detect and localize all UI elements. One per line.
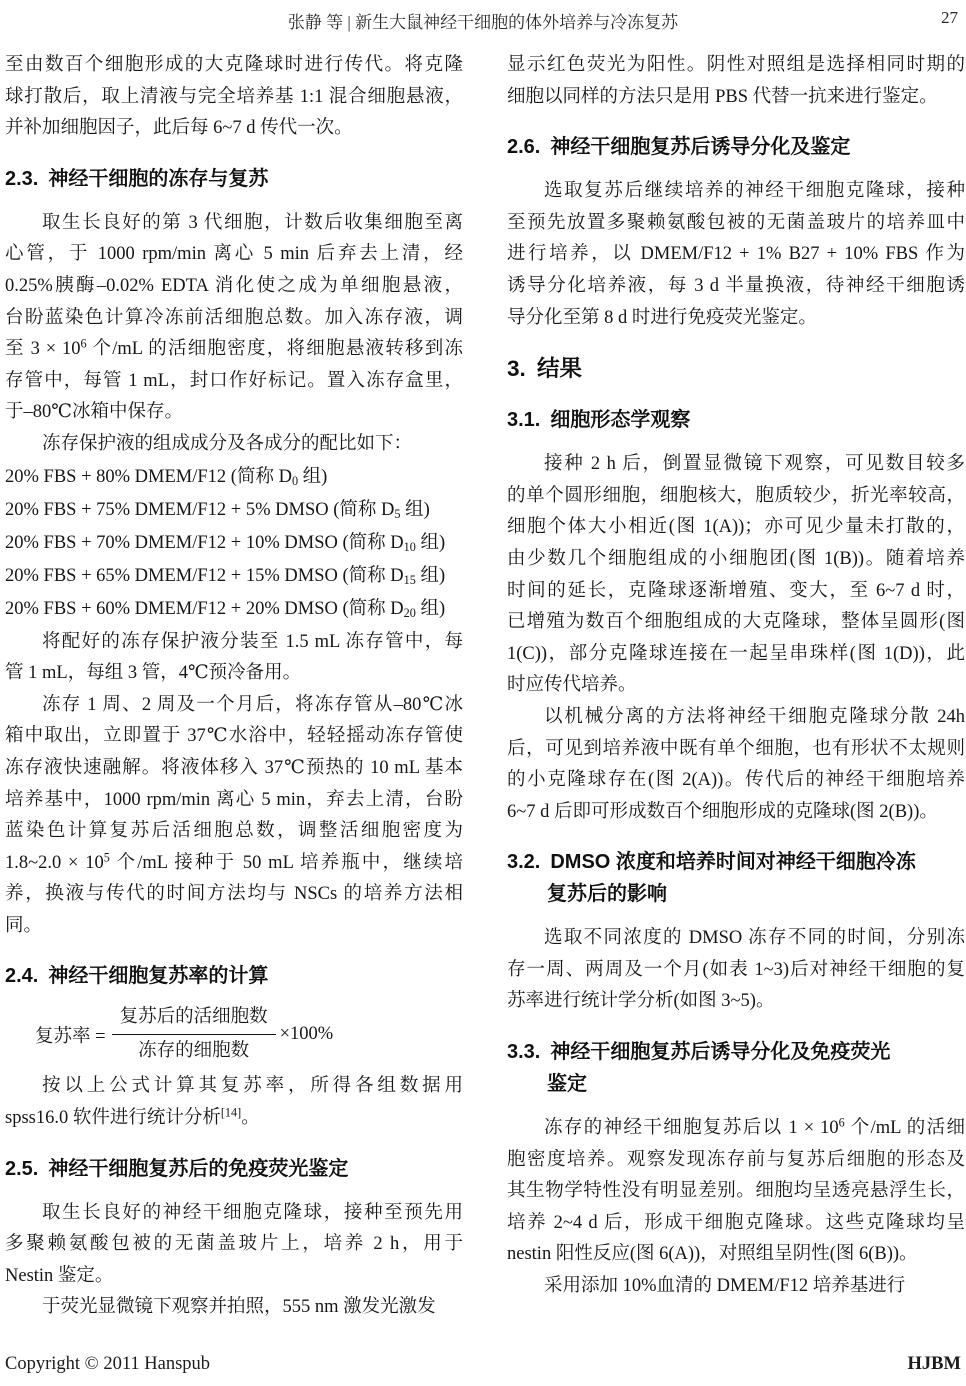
text-line: 接种 2 h 后，倒置显微镜下观察，可见数目较多 [507,449,965,481]
text-line: 冻存液快速融解。将液体移入 37℃预热的 10 mL 基本 [5,753,463,785]
paragraph: 至由数百个细胞形成的大克隆球时进行传代。将克隆球打散后，取上清液与完全培养基 1… [5,50,463,145]
heading-line: 3.3. 神经干细胞复苏后诱导分化及免疫荧光 [507,1036,965,1068]
page-header: 张静 等 | 新生大鼠神经干细胞的体外培养与冷冻复苏 27 [0,8,966,34]
text-line: 苏率进行统计学分析(如图 3~5)。 [507,986,965,1018]
text-line: 按以上公式计算其复苏率，所得各组数据用 [5,1071,463,1103]
paragraph: 冻存 1 周、2 周及一个月后，将冻存管从–80℃冰箱中取出，立即置于 37℃水… [5,690,463,943]
paragraph: 以机械分离的方法将神经干细胞克隆球分散 24h后，可见到培养液中既有单个细胞，也… [507,702,965,828]
paragraph: 采用添加 10%血清的 DMEM/F12 培养基进行 [507,1271,965,1303]
text-line: 时间的延长，克隆球逐渐增殖、变大，至 6~7 d 时， [507,576,965,608]
text-line: 于–80℃冰箱中保存。 [5,397,463,429]
text-line: 胞密度培养。观察发现冻存前与复苏后细胞的形态及 [507,1145,965,1177]
text-line: 细胞以同样的方法只是用 PBS 代替一抗来进行鉴定。 [507,82,965,114]
heading-line: 3.1. 细胞形态学观察 [507,404,965,436]
text-line: 球打散后，取上清液与完全培养基 1:1 混合细胞悬液， [5,82,463,114]
text-line: 已增殖为数百个细胞组成的大克隆球，整体呈圆形(图 [507,607,965,639]
page-footer: Copyright © 2011 Hanspub HJBM [5,1354,961,1375]
text-line: 心管，于 1000 rpm/min 离心 5 min 后弃去上清，经 [5,239,463,271]
paragraph: 选取不同浓度的 DMSO 冻存不同的时间，分别冻存一周、两周及一个月(如表 1~… [507,923,965,1018]
text-line: 0.25%胰酶–0.02% EDTA 消化使之成为单细胞悬液， [5,271,463,303]
text-line: 于荧光显微镜下观察并拍照，555 nm 激发光激发 [5,1292,463,1324]
paragraph: 取生长良好的神经干细胞克隆球，接种至预先用多聚赖氨酸包被的无菌盖玻片上，培养 2… [5,1198,463,1293]
text-line: 培养基中，1000 rpm/min 离心 5 min，弃去上清，台盼 [5,785,463,817]
text-line: 后，可见到培养液中既有单个细胞，也有形状不太规则 [507,734,965,766]
section-heading: 3.1. 细胞形态学观察 [507,404,965,436]
text-line: 管 1 mL，每组 3 管，4℃预冷备用。 [5,658,463,690]
copyright-notice: Copyright © 2011 Hanspub [5,1354,210,1375]
text-line: 其生物学特性没有明显差别。细胞均呈透亮悬浮生长， [507,1176,965,1208]
section-heading: 3.2. DMSO 浓度和培养时间对神经干细胞冷冻复苏后的影响 [507,846,965,910]
text-line: 1(C))，部分克隆球连接在一起呈串珠样(图 1(D))，此 [507,639,965,671]
text-line: 采用添加 10%血清的 DMEM/F12 培养基进行 [507,1271,965,1303]
paragraph: 于荧光显微镜下观察并拍照，555 nm 激发光激发 [5,1292,463,1324]
text-line: 导分化至第 8 d 时进行免疫荧光鉴定。 [507,303,965,335]
text-line: 20% FBS + 70% DMEM/F12 + 10% DMSO (简称 D1… [5,527,463,560]
left-column: 至由数百个细胞形成的大克隆球时进行传代。将克隆球打散后，取上清液与完全培养基 1… [5,50,463,1324]
text-line: 冻存的神经干细胞复苏后以 1 × 106 个/mL 的活细 [507,1113,965,1145]
text-line: 冻存保护液的组成成分及各成分的配比如下： [5,429,463,461]
formula-lhs: 复苏率 = [35,1022,106,1048]
right-column: 显示红色荧光为阳性。阴性对照组是选择相同时期的细胞以同样的方法只是用 PBS 代… [507,50,965,1324]
cryoprotectant-list: 20% FBS + 80% DMEM/F12 (简称 D0 组)20% FBS … [5,461,463,627]
text-line: 的小克隆球存在(图 2(A))。传代后的神经干细胞培养 [507,765,965,797]
formula-numerator: 复苏后的活细胞数 [112,1005,276,1035]
text-line: 至 3 × 106 个/mL 的活细胞密度，将细胞悬液转移到冻 [5,334,463,366]
text-line: 培养 2~4 d 后，形成干细胞克隆球。这些克隆球均呈 [507,1208,965,1240]
heading-line: 2.3. 神经干细胞的冻存与复苏 [5,163,463,195]
text-line: 的单个圆形细胞，细胞核大，胞质较少，折光率较高， [507,481,965,513]
text-line: 选取不同浓度的 DMSO 冻存不同的时间，分别冻 [507,923,965,955]
paper-page: 张静 等 | 新生大鼠神经干细胞的体外培养与冷冻复苏 27 至由数百个细胞形成的… [0,0,966,1386]
text-line: Nestin 鉴定。 [5,1261,463,1293]
formula-fraction: 复苏后的活细胞数冻存的细胞数 [112,1005,276,1064]
section-heading: 2.3. 神经干细胞的冻存与复苏 [5,163,463,195]
text-line: 存一周、两周及一个月(如表 1~3)后对神经干细胞的复 [507,955,965,987]
text-line: 选取复苏后继续培养的神经干细胞克隆球，接种 [507,176,965,208]
text-line: 时应传代培养。 [507,670,965,702]
paragraph: 冻存保护液的组成成分及各成分的配比如下： [5,429,463,461]
text-line: 诱导分化培养液，每 3 d 半量换液，待神经干细胞诱 [507,271,965,303]
heading-line: 3. 结果 [507,352,965,386]
heading-line: 2.4. 神经干细胞复苏率的计算 [5,960,463,992]
heading-line: 鉴定 [507,1068,965,1100]
heading-line: 复苏后的影响 [507,878,965,910]
two-column-body: 至由数百个细胞形成的大克隆球时进行传代。将克隆球打散后，取上清液与完全培养基 1… [5,50,965,1324]
paragraph: 冻存的神经干细胞复苏后以 1 × 106 个/mL 的活细胞密度培养。观察发现冻… [507,1113,965,1271]
text-line: 至由数百个细胞形成的大克隆球时进行传代。将克隆 [5,50,463,82]
text-line: spss16.0 软件进行统计分析[14]。 [5,1103,463,1135]
journal-abbreviation: HJBM [908,1354,961,1375]
text-line: nestin 阳性反应(图 6(A))，对照组呈阴性(图 6(B))。 [507,1239,965,1271]
paragraph: 选取复苏后继续培养的神经干细胞克隆球，接种至预先放置多聚赖氨酸包被的无菌盖玻片的… [507,176,965,334]
text-line: 冻存 1 周、2 周及一个月后，将冻存管从–80℃冰 [5,690,463,722]
paragraph: 取生长良好的第 3 代细胞，计数后收集细胞至离心管，于 1000 rpm/min… [5,208,463,429]
text-line: 细胞个体大小相近(图 1(A))；亦可见少量未打散的， [507,512,965,544]
text-line: 取生长良好的第 3 代细胞，计数后收集细胞至离 [5,208,463,240]
section-heading: 2.5. 神经干细胞复苏后的免疫荧光鉴定 [5,1153,463,1185]
text-line: 20% FBS + 80% DMEM/F12 (简称 D0 组) [5,461,463,494]
text-line: 并补加细胞因子，此后每 6~7 d 传代一次。 [5,113,463,145]
text-line: 箱中取出，立即置于 37℃水浴中，轻轻摇动冻存管使 [5,721,463,753]
text-line: 取生长良好的神经干细胞克隆球，接种至预先用 [5,1198,463,1230]
paragraph: 将配好的冻存保护液分装至 1.5 mL 冻存管中，每管 1 mL，每组 3 管，… [5,627,463,690]
section-heading: 3.3. 神经干细胞复苏后诱导分化及免疫荧光鉴定 [507,1036,965,1100]
heading-line: 2.5. 神经干细胞复苏后的免疫荧光鉴定 [5,1153,463,1185]
running-title: 张静 等 | 新生大鼠神经干细胞的体外培养与冷冻复苏 [288,13,678,32]
text-line: 20% FBS + 60% DMEM/F12 + 20% DMSO (简称 D2… [5,593,463,626]
heading-line: 2.6. 神经干细胞复苏后诱导分化及鉴定 [507,131,965,163]
recovery-rate-formula: 复苏率 =复苏后的活细胞数冻存的细胞数×100% [35,1005,463,1064]
text-line: 进行培养，以 DMEM/F12 + 1% B27 + 10% FBS 作为 [507,239,965,271]
text-line: 同。 [5,911,463,943]
text-line: 多聚赖氨酸包被的无菌盖玻片上，培养 2 h，用于 [5,1229,463,1261]
text-line: 显示红色荧光为阳性。阴性对照组是选择相同时期的 [507,50,965,82]
text-line: 台盼蓝染色计算冷冻前活细胞总数。加入冻存液，调 [5,303,463,335]
text-line: 存管中，每管 1 mL，封口作好标记。置入冻存盒里， [5,366,463,398]
heading-line: 3.2. DMSO 浓度和培养时间对神经干细胞冷冻 [507,846,965,878]
text-line: 6~7 d 后即可形成数百个细胞形成的克隆球(图 2(B))。 [507,797,965,829]
formula-rhs: ×100% [280,1024,334,1045]
paragraph: 显示红色荧光为阳性。阴性对照组是选择相同时期的细胞以同样的方法只是用 PBS 代… [507,50,965,113]
text-line: 将配好的冻存保护液分装至 1.5 mL 冻存管中，每 [5,627,463,659]
section-heading: 3. 结果 [507,352,965,386]
text-line: 至预先放置多聚赖氨酸包被的无菌盖玻片的培养皿中 [507,208,965,240]
paragraph: 接种 2 h 后，倒置显微镜下观察，可见数目较多的单个圆形细胞，细胞核大，胞质较… [507,449,965,702]
text-line: 养，换液与传代的时间方法均与 NSCs 的培养方法相 [5,879,463,911]
text-line: 蓝染色计算复苏后活细胞总数，调整活细胞密度为 [5,816,463,848]
text-line: 1.8~2.0 × 105 个/mL 接种于 50 mL 培养瓶中，继续培 [5,848,463,880]
section-heading: 2.4. 神经干细胞复苏率的计算 [5,960,463,992]
text-line: 20% FBS + 75% DMEM/F12 + 5% DMSO (简称 D5 … [5,494,463,527]
text-line: 以机械分离的方法将神经干细胞克隆球分散 24h [507,702,965,734]
page-number: 27 [941,8,958,28]
section-heading: 2.6. 神经干细胞复苏后诱导分化及鉴定 [507,131,965,163]
text-line: 由少数几个细胞组成的小细胞团(图 1(B))。随着培养 [507,544,965,576]
text-line: 20% FBS + 65% DMEM/F12 + 15% DMSO (简称 D1… [5,560,463,593]
formula-denominator: 冻存的细胞数 [112,1035,276,1064]
paragraph: 按以上公式计算其复苏率，所得各组数据用spss16.0 软件进行统计分析[14]… [5,1071,463,1134]
